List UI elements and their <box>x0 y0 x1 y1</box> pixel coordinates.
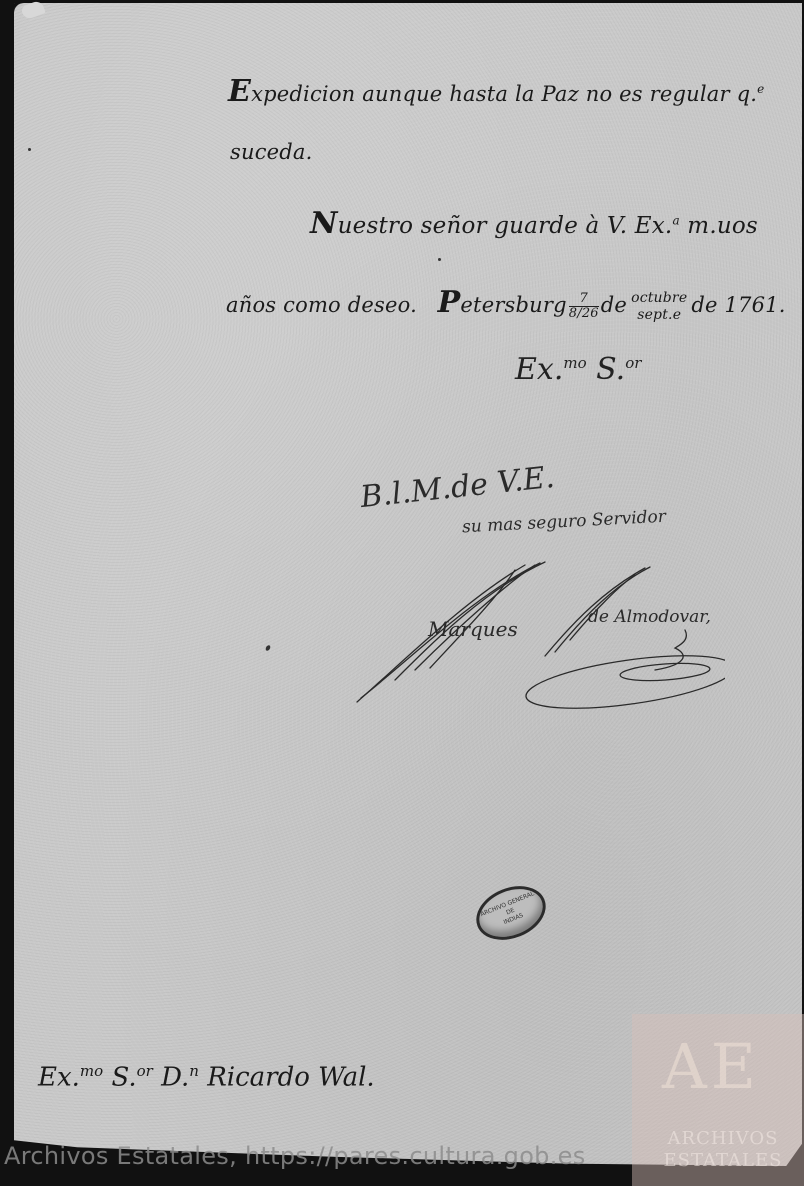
addressee: Ex.mo S.or D.n Ricardo Wal. <box>38 1062 375 1093</box>
signature-flourish <box>345 560 725 720</box>
logo-letters: AE <box>662 1030 760 1103</box>
decorative-initial: N <box>310 206 338 241</box>
date-de: de <box>601 293 627 317</box>
line-tail: m.uos <box>680 213 758 239</box>
ink-speck <box>438 258 441 261</box>
superscript: a <box>672 213 679 227</box>
line-text: xpedicion aunque hasta la Paz no es regu… <box>251 82 757 106</box>
signature-name-marques: Marques <box>428 617 518 641</box>
source-watermark-text: Archivos Estatales, https://pares.cultur… <box>4 1142 586 1170</box>
logo-words: ARCHIVOS ESTATALES <box>648 1128 798 1172</box>
signature-name-almodovar: de Almodovar, <box>588 607 711 627</box>
ink-speck <box>28 148 31 151</box>
text-line-1: Expedicion aunque hasta la Paz no es reg… <box>228 74 764 109</box>
text-line-3: Nuestro señor guarde à V. Ex.a m.uos <box>310 206 758 241</box>
date-day: 78/26 <box>569 292 599 321</box>
date-month: octubresept.e <box>631 290 687 324</box>
decorative-initial: P <box>438 285 461 320</box>
place-name: etersburg <box>460 293 566 317</box>
text-line-4-date: años como deseo. Petersburg78/26deoctubr… <box>226 285 786 324</box>
text-line-2: suceda. <box>230 140 313 164</box>
line-text: suceda. <box>230 140 313 164</box>
date-de: de <box>691 293 717 317</box>
superscript: e <box>757 82 764 96</box>
decorative-initial: E <box>228 74 251 109</box>
line-text: uestro señor guarde à V. Ex. <box>338 213 673 239</box>
date-year: 1761. <box>725 293 786 317</box>
line-text: años como deseo. <box>226 293 417 317</box>
salutation: Ex.mo S.or <box>515 352 641 387</box>
